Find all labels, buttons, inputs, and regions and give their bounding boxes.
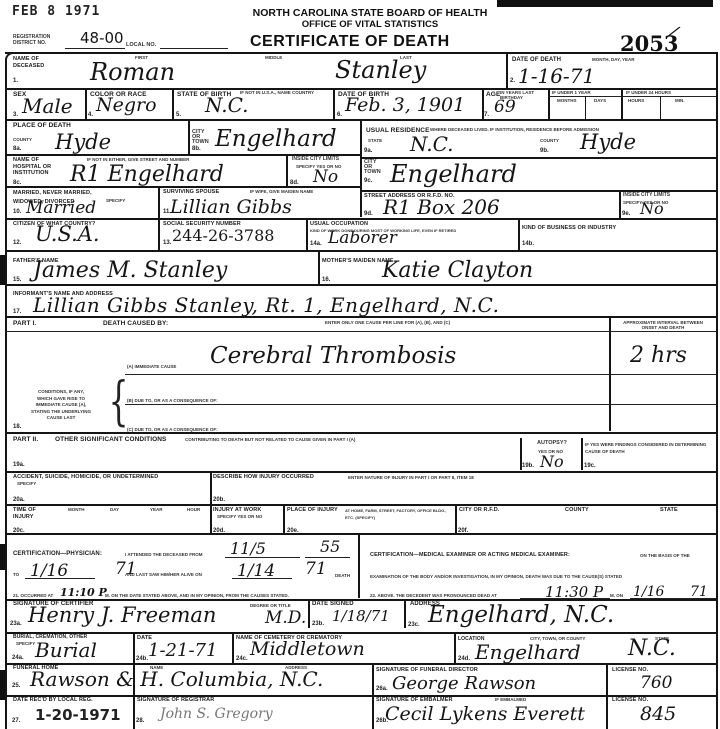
attended-from-date[interactable]: 11/5 <box>230 539 266 558</box>
field-number: 9c. <box>364 178 372 184</box>
rule <box>225 557 300 558</box>
rule <box>7 284 716 286</box>
ssn-value[interactable]: 244-26-3788 <box>172 226 274 245</box>
date-of-death-value[interactable]: 1-16-71 <box>518 64 595 88</box>
city-label: CITY OR TOWN <box>364 160 384 175</box>
field-number: 15. <box>13 277 21 283</box>
rule <box>404 600 406 628</box>
field-number: 24d. <box>458 656 470 662</box>
agency-name: NORTH CAROLINA STATE BOARD OF HEALTH OFF… <box>240 7 500 31</box>
industry-label: KIND OF BUSINESS OR INDUSTRY <box>522 225 616 232</box>
local-no-underline <box>160 48 228 49</box>
father-name-value[interactable]: James M. Stanley <box>33 258 227 283</box>
field-number: 26a. <box>376 686 388 692</box>
immediate-cause-value[interactable]: Cerebral Thrombosis <box>210 343 456 369</box>
place-of-injury-sublabel: AT HOME, FARM, STREET, FACTORY, OFFICE B… <box>345 507 455 521</box>
field-number: 12. <box>13 240 21 246</box>
deceased-first-name[interactable]: Roman <box>90 58 175 86</box>
part-1-label: PART I. <box>13 320 36 327</box>
field-number: 17. <box>13 309 21 315</box>
rule <box>5 432 716 434</box>
injury-city-label: CITY OR R.F.D. <box>459 507 499 514</box>
disposition-method-sublabel: SPECIFY <box>16 641 35 646</box>
rule <box>621 89 623 119</box>
field-number: 14b. <box>522 241 534 247</box>
rule <box>85 89 87 119</box>
local-no-label: LOCAL NO. <box>126 43 156 48</box>
occupation-label: USUAL OCCUPATION <box>310 221 368 228</box>
injury-at-work-sublabel: SPECIFY YES OR NO <box>217 514 262 519</box>
min-label: MIN. <box>675 98 685 103</box>
race-value[interactable]: Negro <box>96 94 157 116</box>
agency-line-1: NORTH CAROLINA STATE BOARD OF HEALTH <box>240 7 500 19</box>
marital-status-sublabel: SPECIFY <box>106 198 125 203</box>
state-label: STATE <box>368 138 382 143</box>
cause-instruction: ENTER ONLY ONE CAUSE PER LINE FOR (a), (… <box>325 320 450 325</box>
date-of-death-sublabel: MONTH, DAY, YEAR <box>592 57 635 62</box>
field-number: 24a. <box>12 655 24 661</box>
rule <box>125 374 716 375</box>
manner-label: ACCIDENT, SUICIDE, HOMICIDE, OR UNDETERM… <box>13 474 158 481</box>
margin-tab <box>0 544 5 570</box>
rule <box>188 120 190 155</box>
rule <box>581 438 583 470</box>
rule <box>7 88 716 90</box>
disposition-date-value[interactable]: 1-21-71 <box>148 640 217 661</box>
field-number: 20b. <box>213 497 225 503</box>
other-conditions-sublabel: CONTRIBUTING TO DEATH BUT NOT RELATED TO… <box>185 437 355 442</box>
field-number: 19b. <box>522 463 534 469</box>
autopsy-value[interactable]: No <box>540 452 564 471</box>
rule <box>210 471 212 533</box>
field-number: 18. <box>13 424 21 430</box>
district-underline <box>65 48 125 49</box>
residence-county[interactable]: Hyde <box>580 130 636 154</box>
me-on-text: M. ON <box>610 593 623 598</box>
under-1-year-label: IF UNDER 1 YEAR <box>552 90 591 95</box>
year-label: YEAR <box>150 507 163 512</box>
county-label: COUNTY <box>13 137 32 142</box>
registrar-signature-label: SIGNATURE OF REGISTRAR <box>137 697 214 704</box>
rule <box>7 632 716 634</box>
rule <box>232 633 234 663</box>
field-number: 27. <box>12 718 20 724</box>
cemetery-value[interactable]: Middletown <box>250 638 365 660</box>
certifier-signature[interactable]: Henry J. Freeman <box>28 603 216 627</box>
attended-from-year[interactable]: 55 <box>320 537 340 556</box>
rule <box>7 504 716 506</box>
injury-county-label: COUNTY <box>565 507 589 514</box>
brace-icon: { <box>109 376 129 428</box>
residence-city[interactable]: Engelhard <box>390 160 517 188</box>
day-label: DAY <box>110 507 119 512</box>
inside-city-limits-label: INSIDE CITY LIMITS <box>623 193 670 198</box>
residence-inside-city[interactable]: No <box>640 199 664 218</box>
interval-label: APPROXIMATE INTERVAL BETWEEN ONSET AND D… <box>617 320 709 330</box>
rule <box>518 219 520 250</box>
time-of-injury-label: TIME OF INJURY <box>13 507 43 521</box>
rule <box>305 557 350 558</box>
rule <box>5 331 716 332</box>
place-of-death-city[interactable]: Engelhard <box>215 126 337 152</box>
rule <box>286 155 288 187</box>
field-number: 6. <box>337 112 342 118</box>
field-number: 23b. <box>312 621 324 627</box>
death-caused-by-label: DEATH CAUSED BY: <box>103 320 168 327</box>
field-number: 24c. <box>236 656 248 662</box>
rule <box>172 89 174 119</box>
city-label: CITY OR TOWN <box>192 130 212 145</box>
surviving-spouse-value[interactable]: Lillian Gibbs <box>170 196 292 218</box>
last-saw-year[interactable]: 71 <box>305 559 327 579</box>
usual-residence-sublabel: WHERE DECEASED LIVED. IF INSTITUTION, RE… <box>430 127 599 132</box>
other-conditions-label: OTHER SIGNIFICANT CONDITIONS <box>55 436 167 443</box>
place-of-death-label: PLACE OF DEATH <box>13 122 71 129</box>
field-number: 28. <box>136 718 144 724</box>
field-number: 4. <box>88 112 93 118</box>
occurred-time[interactable]: 11:10 P <box>60 586 107 599</box>
part-2-label: PART II. <box>13 436 38 443</box>
mother-maiden-name-value[interactable]: Katie Clayton <box>382 258 533 283</box>
field-number: 8a. <box>13 146 21 152</box>
conditions-label: CONDITIONS, IF ANY, WHICH GAVE RISE TO I… <box>30 389 92 422</box>
rule <box>660 96 661 119</box>
occurred-text: 21. OCCURRED AT <box>13 593 53 598</box>
field-number: 3. <box>13 112 18 118</box>
certifier-degree[interactable]: M.D. <box>265 608 306 628</box>
medical-examiner-label: CERTIFICATION—MEDICAL EXAMINER OR ACTING… <box>370 552 570 559</box>
field-number: 2. <box>510 78 515 84</box>
rule <box>360 119 362 217</box>
under-24-hours-label: IF UNDER 24 HOURS <box>626 90 671 95</box>
injury-state-label: STATE <box>660 507 678 514</box>
inside-city-limits-label: INSIDE CITY LIMITS <box>292 157 339 162</box>
field-number: 25. <box>12 683 20 689</box>
hospital-label: NAME OF HOSPITAL OR INSTITUTION <box>13 157 63 177</box>
rule <box>5 52 716 54</box>
field-number: 7. <box>484 112 489 118</box>
field-number: 24b. <box>136 656 148 662</box>
physician-certification-label: CERTIFICATION—PHYSICIAN: <box>13 551 102 558</box>
rule <box>455 504 457 533</box>
rule <box>7 663 716 665</box>
date-received-value[interactable]: 1-20-1971 <box>35 706 121 724</box>
describe-injury-label: DESCRIBE HOW INJURY OCCURRED <box>213 474 314 481</box>
sex-value[interactable]: Male <box>22 94 73 118</box>
rule <box>619 190 621 218</box>
field-number: 20a. <box>13 497 25 503</box>
registrar-signature[interactable]: John S. Gregory <box>160 706 273 722</box>
field-number: 23a. <box>10 621 22 627</box>
rule <box>158 187 160 219</box>
director-license-value[interactable]: 760 <box>640 673 672 693</box>
immediate-cause-label: (a) IMMEDIATE CAUSE <box>127 364 176 369</box>
certificate-title: CERTIFICATE OF DEATH <box>250 33 450 51</box>
field-number: 23c. <box>408 622 420 628</box>
location-value[interactable]: Engelhard <box>475 640 581 664</box>
citizen-value[interactable]: U.S.A. <box>35 222 100 246</box>
state-of-birth-sublabel: IF NOT IN U.S.A., NAME COUNTRY <box>240 90 315 95</box>
death-label: DEATH <box>335 573 350 578</box>
place-of-death-county[interactable]: Hyde <box>55 130 111 154</box>
certifier-address[interactable]: Engelhard, N.C. <box>428 602 614 628</box>
residence-street[interactable]: R1 Box 206 <box>383 195 500 219</box>
rule <box>158 219 160 250</box>
field-number: 13. <box>163 240 171 246</box>
rule <box>232 578 292 579</box>
rule <box>548 89 550 119</box>
rule <box>454 633 456 663</box>
received-date-stamp: FEB 8 1971 <box>12 4 100 19</box>
rule <box>7 599 716 601</box>
rule <box>7 186 360 188</box>
rule <box>358 534 360 598</box>
date-signed-value[interactable]: 1/18/71 <box>332 607 390 625</box>
immediate-cause-interval[interactable]: 2 hrs <box>630 343 687 368</box>
occupation-value[interactable]: Laborer <box>328 228 397 248</box>
funeral-director-signature[interactable]: George Rawson <box>392 673 536 694</box>
rule <box>333 89 335 119</box>
rule <box>7 695 716 697</box>
due-to-b-label: (b) DUE TO, OR AS A CONSEQUENCE OF: <box>127 398 218 403</box>
agency-line-2: OFFICE OF VITAL STATISTICS <box>240 19 500 31</box>
field-number: 9a. <box>364 148 372 154</box>
me-text-1: ON THE BASIS OF THE <box>640 553 690 558</box>
rule <box>306 219 308 250</box>
rule <box>308 600 310 628</box>
hour-label: HOUR <box>187 507 200 512</box>
surviving-spouse-sublabel: IF WIFE, GIVE MAIDEN NAME <box>250 189 313 194</box>
field-number: 9b. <box>540 148 549 154</box>
hours-label: HOURS <box>628 98 644 103</box>
state-of-birth-value[interactable]: N.C. <box>205 93 249 117</box>
manner-sublabel: SPECIFY <box>17 481 36 486</box>
rule <box>5 250 716 252</box>
date-of-death-label: DATE OF DEATH <box>512 57 561 64</box>
rule <box>125 404 716 405</box>
field-number: 5. <box>176 112 181 118</box>
residence-state[interactable]: N.C. <box>410 132 454 156</box>
field-number: 9d. <box>364 211 373 217</box>
months-label: MONTHS <box>557 98 577 103</box>
me-text-3: 22. ABOVE. THE DECEDENT WAS PRONOUNCED D… <box>370 593 497 598</box>
rule <box>5 533 716 535</box>
top-redaction-bar <box>497 0 713 7</box>
rule <box>283 504 285 533</box>
rule <box>585 96 586 119</box>
injury-at-work-label: INJURY AT WORK <box>213 507 261 514</box>
rule <box>506 53 508 88</box>
autopsy-label: AUTOPSY? <box>537 441 567 446</box>
county-label: COUNTY <box>540 138 559 143</box>
findings-label: IF YES WERE FINDINGS CONSIDERED IN DETER… <box>585 441 710 455</box>
embalmer-sublabel: IF EMBALMED <box>495 697 526 702</box>
rule <box>360 157 716 159</box>
margin-tab <box>0 255 5 285</box>
attended-text: I ATTENDED THE DECEASED FROM <box>125 552 203 557</box>
last-saw-text: AND LAST SAW HIM/HER ALIVE ON <box>125 572 202 577</box>
deceased-last-name[interactable]: Stanley <box>335 56 426 84</box>
middle-label: MIDDLE <box>265 55 282 60</box>
age-value[interactable]: 69 <box>494 97 516 117</box>
registration-district-label: REGISTRATION DISTRICT NO. <box>13 34 53 46</box>
date-of-birth-value[interactable]: Feb. 3, 1901 <box>345 94 465 116</box>
occurred-rest-text: M. ON THE DATE STATED ABOVE, AND IN MY O… <box>105 593 289 598</box>
embalmer-license-value[interactable]: 845 <box>640 703 676 725</box>
registration-district-value: 48-00 <box>80 29 124 47</box>
marital-status-value[interactable]: Married <box>26 198 96 218</box>
hospital-inside-city[interactable]: No <box>313 167 338 187</box>
rule <box>7 218 716 220</box>
location-state-value[interactable]: N.C. <box>628 636 676 661</box>
field-number: 10. <box>13 209 21 215</box>
field-number: 19c. <box>584 463 596 469</box>
disposition-method-value[interactable]: Burial <box>35 638 97 662</box>
describe-injury-sublabel: ENTER NATURE OF INJURY IN PART I OR PART… <box>348 475 474 480</box>
field-number: 14a. <box>310 241 322 247</box>
field-number: 16. <box>322 277 330 283</box>
surviving-spouse-label: SURVIVING SPOUSE <box>163 189 219 196</box>
days-label: DAYS <box>594 98 606 103</box>
rule <box>318 251 320 284</box>
field-number: 19a. <box>13 462 25 468</box>
hospital-value[interactable]: R1 Engelhard <box>70 162 224 187</box>
informant-value[interactable]: Lillian Gibbs Stanley, Rt. 1, Engelhard,… <box>33 293 499 317</box>
margin-tab <box>0 670 5 700</box>
place-of-injury-label: PLACE OF INJURY <box>287 507 338 514</box>
date-received-label: DATE REC'D BY LOCAL REG. <box>13 697 93 704</box>
me-text-2: EXAMINATION OF THE BODY AND/OR INVESTIGA… <box>370 574 622 579</box>
month-label: MONTH <box>68 507 85 512</box>
rule <box>548 96 716 97</box>
name-label: NAME OF DECEASED <box>13 56 48 70</box>
rule <box>5 471 716 473</box>
rule <box>25 578 95 579</box>
field-number: 1. <box>13 78 18 84</box>
field-number: 9e. <box>622 211 630 217</box>
to-label: TO <box>13 572 19 577</box>
funeral-home-value[interactable]: Rawson & H. Columbia, N.C. <box>30 667 323 691</box>
field-number: 8b. <box>192 146 201 152</box>
embalmer-signature[interactable]: Cecil Lykens Everett <box>385 703 585 725</box>
